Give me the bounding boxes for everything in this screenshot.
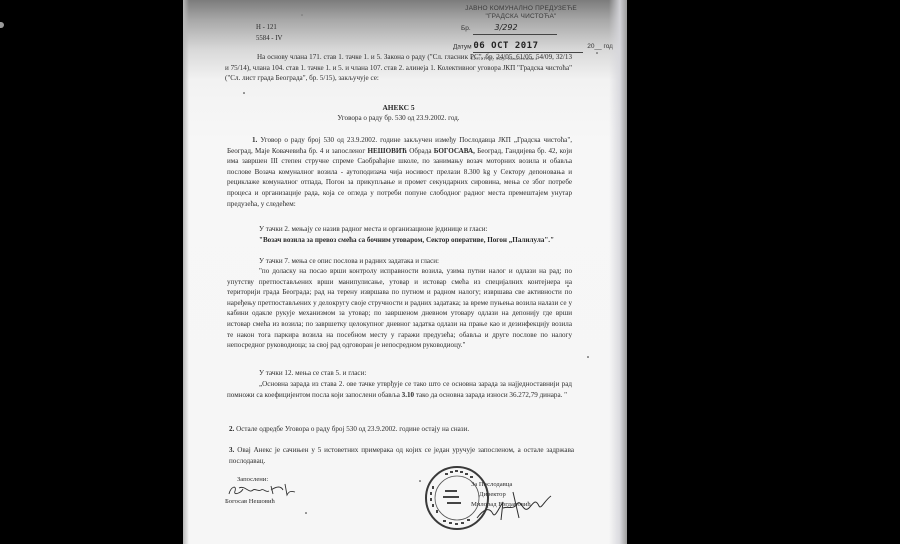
clause-2-text: "Возач возила за превоз смећа са бочним …: [227, 235, 572, 246]
section-3-text: Овај Анекс је сачињен у 5 истоветних при…: [229, 446, 574, 465]
stamp-number-field: Бр. 3/292: [461, 24, 571, 35]
employee-handwritten-signature: [225, 484, 345, 497]
employee-firstname: БОГОСАВА,: [434, 147, 475, 155]
section-3: 3. Овај Анекс је сачињен у 5 истоветних …: [229, 445, 574, 466]
clause-12-intro: У тачки 12. мења се став 5. и гласи:: [227, 368, 572, 379]
employee-surname: НЕШОВИЋ: [368, 147, 407, 155]
stamp-number-value: 3/292: [495, 23, 518, 34]
stamp-org-line1: ЈАВНО КОМУНАЛНО ПРЕДУЗЕЋЕ: [451, 5, 591, 13]
clause-7-text: "по доласку на посао врши контролу испра…: [227, 266, 572, 351]
reference-line1: Н - 121: [256, 22, 282, 33]
section-2-text: Остале одредбе Уговора о раду број 530 о…: [234, 425, 469, 433]
viewer-edge-indicator: [0, 22, 4, 28]
employee-signature-name: Богосав Нешовић: [225, 498, 275, 505]
salary-coefficient: 3.10: [402, 391, 414, 399]
employer-handwritten-signature: [473, 488, 563, 524]
employee-signature-block: Запослени: Богосав Нешовић: [225, 475, 345, 506]
reference-codes: Н - 121 5584 - IV: [256, 22, 282, 44]
section-1: 1. Уговор о раду број 530 од 23.9.2002. …: [227, 135, 572, 209]
section-2: 2. Остале одредбе Уговора о раду број 53…: [229, 424, 574, 435]
document-subtitle: Уговора о раду бр. 530 од 23.9.2002. год…: [225, 113, 572, 124]
section-1-text-b: Обрада: [407, 147, 434, 155]
clause-2-intro: У тачки 2. мењају се назив радног места …: [227, 224, 572, 235]
company-stamp-header: ЈАВНО КОМУНАЛНО ПРЕДУЗЕЋЕ "ГРАДСКА ЧИСТО…: [451, 5, 591, 21]
intro-paragraph: На основу члана 171. став 1. тачке 1. и …: [225, 52, 572, 84]
stamp-date-label: Датум: [453, 43, 472, 50]
clause-12-text: „Основна зарада из става 2. ове тачке ут…: [227, 379, 572, 400]
stamp-number-label: Бр.: [461, 25, 471, 32]
scanned-document: ЈАВНО КОМУНАЛНО ПРЕДУЗЕЋЕ "ГРАДСКА ЧИСТО…: [183, 0, 627, 544]
document-title: АНЕКС 5: [225, 103, 572, 114]
clause-7-intro: У тачки 7. мења се опис послова и радних…: [227, 256, 572, 267]
section-1-text-c: Београд, Гандијева бр. 42, који има завр…: [227, 147, 572, 208]
stamp-date-value: 06 OCT 2017: [473, 41, 538, 52]
stamp-org-line2: "ГРАДСКА ЧИСТОЋА": [451, 13, 591, 21]
reference-line2: 5584 - IV: [256, 33, 282, 44]
clause-12-text-b: тако да основна зарада износи 36.272,79 …: [414, 391, 567, 399]
document-page: ЈАВНО КОМУНАЛНО ПРЕДУЗЕЋЕ "ГРАДСКА ЧИСТО…: [183, 0, 627, 544]
stamp-date-suffix: 20__ год: [587, 43, 613, 50]
